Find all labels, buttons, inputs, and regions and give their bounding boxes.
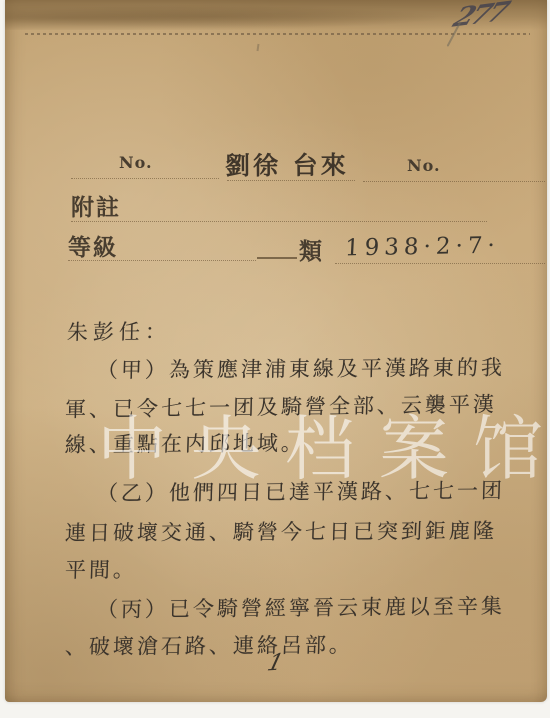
notes-label: 附註 xyxy=(71,189,121,222)
body-salutation: 朱彭任： xyxy=(67,316,172,347)
grade-label: 等級 xyxy=(68,229,118,262)
small-ink-mark xyxy=(257,44,260,51)
header-rule-line xyxy=(335,263,545,264)
header-sender-title: 劉徐 台來 xyxy=(225,146,349,183)
scanned-document-page: { "document": { "corner_number": "277", … xyxy=(0,0,550,718)
header-no-left-label: No. xyxy=(119,153,153,172)
header-rule-line xyxy=(363,181,545,182)
body-line: （丙）已令騎營經寧晉云束鹿以至辛集 xyxy=(97,590,506,624)
handwritten-date: 1938·2·7· xyxy=(344,233,500,262)
body-line: 、破壞滄石路、連絡呂部。 xyxy=(65,629,354,661)
category-label: 類 xyxy=(299,233,322,266)
header-no-right-label: No. xyxy=(407,156,441,175)
body-line: （乙）他們四日已達平漢路、七七一团 xyxy=(97,475,506,508)
header-rule-line xyxy=(71,221,487,222)
body-line: 線、重點在内邱地域。 xyxy=(65,427,306,459)
blank-fill-dash xyxy=(257,257,297,259)
header-rule-line xyxy=(71,178,219,179)
body-line: 軍、已令七七一团及騎營全部、云襲平漢 xyxy=(65,388,498,423)
body-line: （甲）為策應津浦東線及平漢路東的我 xyxy=(97,352,506,385)
body-line: 平間。 xyxy=(65,554,138,585)
document-paper: 277 No. 劉徐 台來 No. 附註 等級 類 1938·2·7· 朱彭任：… xyxy=(5,0,547,702)
body-line: 連日破壞交通、騎營今七日已突到鉅鹿隆 xyxy=(65,515,498,547)
header-rule-line xyxy=(227,180,355,181)
header-rule-line xyxy=(68,260,256,261)
